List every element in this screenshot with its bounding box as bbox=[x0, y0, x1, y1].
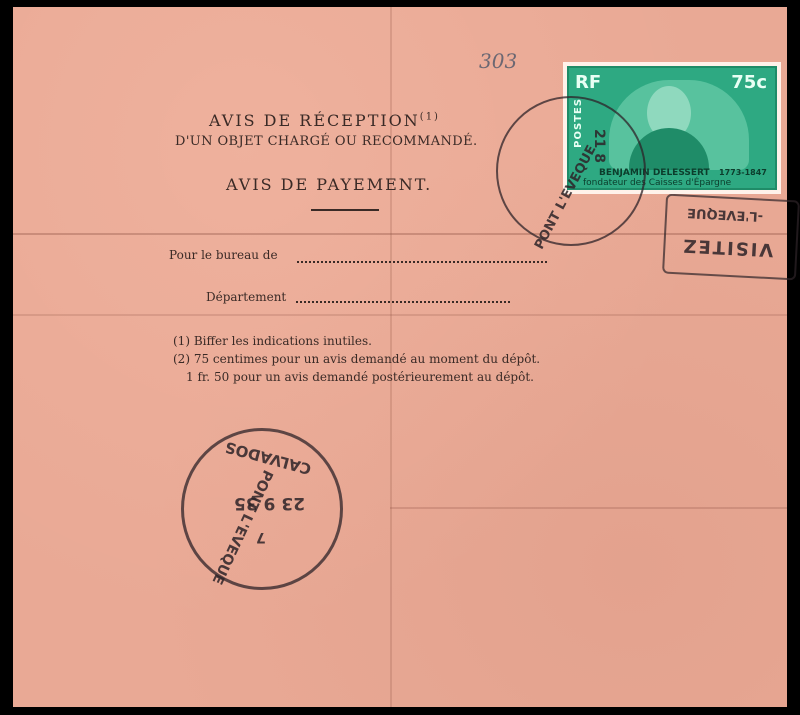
title-text: AVIS DE RÉCEPTION bbox=[209, 111, 420, 130]
stamp-country: RF bbox=[575, 72, 601, 93]
form-title-payment: AVIS DE PAYEMENT. bbox=[226, 175, 432, 194]
field-label-bureau: Pour le bureau de bbox=[169, 248, 278, 262]
footnote-1: (1) Biffer les indications inutiles. bbox=[173, 334, 372, 348]
bureau-field[interactable] bbox=[297, 261, 547, 263]
postmark-date: 23 9 35 bbox=[234, 493, 305, 513]
departement-field[interactable] bbox=[296, 301, 510, 303]
form-subtitle: D'UN OBJET CHARGÉ OU RECOMMANDÉ. bbox=[175, 134, 478, 149]
fold-line bbox=[390, 507, 787, 509]
postmark-town: PONT L'EVEQUE bbox=[209, 467, 276, 586]
postmark-time: 7 bbox=[256, 529, 266, 545]
postmark-date: 21 8 bbox=[591, 129, 607, 163]
field-label-departement: Département bbox=[206, 290, 286, 304]
footnote-marker: (1) bbox=[420, 112, 440, 123]
footnote-2-cont: 1 fr. 50 pour un avis demandé postérieur… bbox=[186, 370, 534, 384]
handwritten-number: 303 bbox=[479, 49, 517, 73]
cancel-line: VISITEZ bbox=[681, 234, 774, 260]
cancel-line: -L'EVEQUE bbox=[687, 205, 764, 224]
circular-postmark-bottom: CALVADOS PONT L'EVEQUE 23 9 35 7 bbox=[181, 428, 343, 590]
stamp-years: 1773-1847 bbox=[719, 168, 767, 177]
circular-postmark-top: PONT L'EVEQUE 21 8 bbox=[496, 96, 646, 246]
title-rule bbox=[311, 209, 379, 211]
fold-line bbox=[13, 314, 787, 316]
footnote-2: (2) 75 centimes pour un avis demandé au … bbox=[173, 352, 540, 366]
form-title: AVIS DE RÉCEPTION(1) bbox=[209, 111, 440, 130]
postmark-town: PONT L'EVEQUE bbox=[532, 143, 599, 252]
stamp-denomination: 75c bbox=[731, 72, 767, 93]
box-cancel-postmark: -L'EVEQUE VISITEZ bbox=[662, 194, 800, 281]
